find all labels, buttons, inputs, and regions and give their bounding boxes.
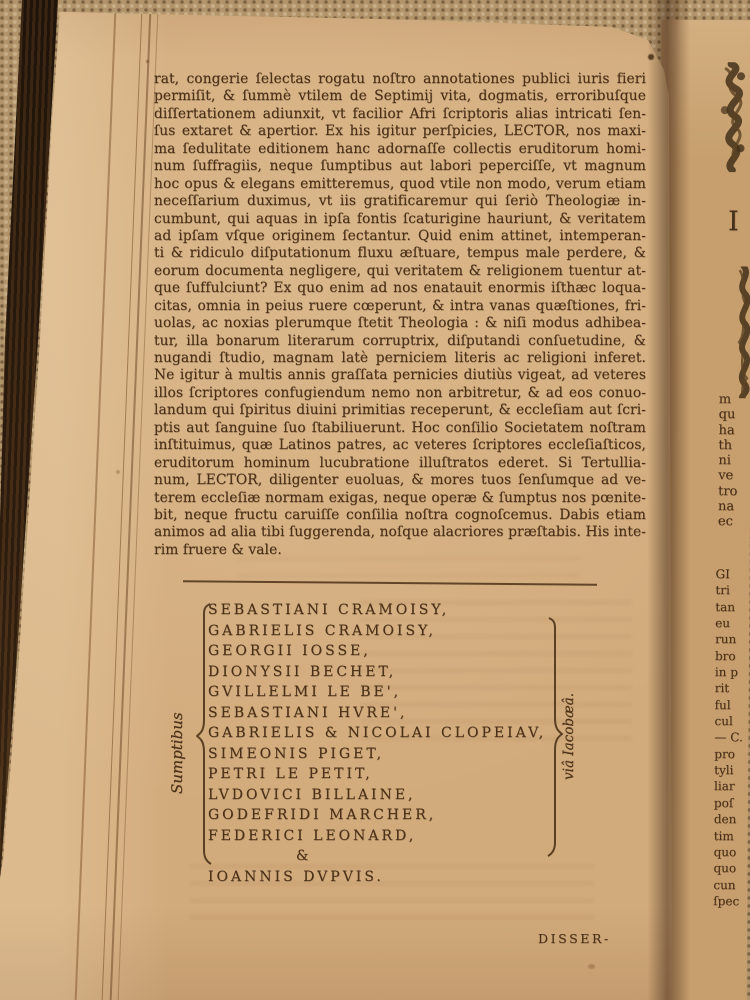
text-fragment: tyli xyxy=(714,762,743,779)
text-fragment: ni xyxy=(718,453,737,468)
text-fragment: ve xyxy=(718,469,737,484)
text-fragment: GI xyxy=(715,566,744,583)
text-line: num, LECTOR, diligenter euoluas, & mores… xyxy=(154,472,646,489)
text-fragment: bro xyxy=(715,648,744,665)
text-line: que ſuffulciunt? Ex quo enim ad nos enat… xyxy=(154,280,646,297)
next-page-heading-initial: I xyxy=(728,206,739,237)
text-fragment: cun xyxy=(713,877,742,894)
text-fragment: quo xyxy=(714,844,743,861)
via-iacobaea-rotated-label: viâ Iacobæâ. xyxy=(561,668,581,780)
catchword: DISSER- xyxy=(538,931,611,946)
text-line: bit, neque fructu caruiſſe conſilia noſt… xyxy=(154,507,646,524)
page-crease xyxy=(109,0,152,1000)
sumptibus-rotated-label: Sumptibus xyxy=(168,684,190,794)
text-line: ti & ridiculo diſputationum fluxu æſtuar… xyxy=(154,245,646,262)
text-fragment: — C. xyxy=(714,730,743,747)
text-line: ſus extaret & apertior. Ex his igitur pe… xyxy=(154,123,646,140)
text-fragment: qu xyxy=(719,407,738,422)
text-line: Ne igitur à multis annis graſſata pernic… xyxy=(154,367,646,384)
publisher-name: PETRI LE PETIT, xyxy=(208,766,568,787)
publisher-name: SEBASTIANI CRAMOISY, xyxy=(208,602,568,623)
text-line: citas, omnia in peius ruere cœperunt, & … xyxy=(154,298,646,315)
woodcut-headpiece-ornament-icon xyxy=(710,62,750,172)
publisher-name: LVDOVICI BILLAINE, xyxy=(208,787,568,808)
page-crease xyxy=(101,0,143,1000)
publisher-name: GABRIELIS CRAMOISY, xyxy=(208,623,568,644)
text-fragment: poſ xyxy=(714,795,743,812)
next-page-text-fragments-upper: mquhathnivetronaec xyxy=(718,392,738,530)
publisher-name: & xyxy=(208,848,568,869)
text-line: illos ſcriptores confugiendum nemo non a… xyxy=(154,385,646,402)
text-fragment: tri xyxy=(715,582,744,599)
publishers-list: SEBASTIANI CRAMOISY,GABRIELIS CRAMOISY,G… xyxy=(208,602,568,889)
preface-paragraph: rat, congerie ſelectas rogatu noſtro ann… xyxy=(154,71,646,559)
publisher-name: DIONYSII BECHET, xyxy=(208,664,568,685)
text-fragment: na xyxy=(718,499,737,514)
text-line: neceſſarium duximus, vt iis gratificarem… xyxy=(154,193,646,210)
publisher-name: FEDERICI LEONARD, xyxy=(208,828,568,849)
text-line: eorum documenta negligere, qui veritatem… xyxy=(154,263,646,280)
text-fragment: rit xyxy=(715,680,744,697)
publisher-name: GABRIELIS & NICOLAI CLOPEIAV, xyxy=(208,725,568,746)
text-fragment: ha xyxy=(719,423,738,438)
text-line: num ſuffragiis, neque ſumptibus aut labo… xyxy=(154,158,646,175)
text-line: uolas, ac noxias plerumque ſtetit Theolo… xyxy=(154,315,646,332)
text-fragment: ful xyxy=(715,697,744,714)
text-line: hoc opus & elegans emitteremus, quod vti… xyxy=(154,176,646,193)
next-page-text-fragments-lower: GItritaneurunbroin pritfulcul— C.protyli… xyxy=(713,566,744,909)
text-fragment: cul xyxy=(714,713,743,730)
text-fragment: tro xyxy=(718,484,737,499)
woodcut-border-ornament-icon xyxy=(735,266,750,398)
text-line: permiſit, & ſummè vtilem de Septimij vit… xyxy=(154,88,646,105)
text-line: rat, congerie ſelectas rogatu noſtro ann… xyxy=(154,71,646,88)
publisher-name: SIMEONIS PIGET, xyxy=(208,746,568,767)
text-line: terem eccleſiæ normam exigas, neque oper… xyxy=(154,490,646,507)
page-crease xyxy=(117,0,159,1000)
text-line: cumbunt, qui aquas in ipſa fontis ſcatur… xyxy=(154,211,646,228)
publisher-name: GODEFRIDI MARCHER, xyxy=(208,807,568,828)
text-fragment: ſpec xyxy=(713,893,742,910)
text-line: rim fruere & vale. xyxy=(154,542,646,559)
text-fragment: liar xyxy=(714,779,743,796)
text-fragment: m xyxy=(719,392,738,407)
text-fragment: den xyxy=(714,811,743,828)
page-crease xyxy=(74,0,117,1000)
text-line: nugandi ſtudio, magnam latè perniciem li… xyxy=(154,350,646,367)
text-fragment: eu xyxy=(715,615,744,632)
publisher-name: GEORGII IOSSE, xyxy=(208,643,568,664)
text-fragment: ec xyxy=(718,514,737,529)
text-fragment: run xyxy=(715,631,744,648)
text-fragment: th xyxy=(718,438,737,453)
text-line: eruditorum hominum lucubratione illuſtra… xyxy=(154,455,646,472)
text-fragment: pro xyxy=(714,746,743,763)
text-fragment: in p xyxy=(715,664,744,681)
text-line: inſtituimus, quæ Latinos patres, ac vete… xyxy=(154,437,646,454)
text-line: ad ipſam vſque originem ſectantur. Quid … xyxy=(154,228,646,245)
text-fragment: quo xyxy=(713,860,742,877)
publisher-name: IOANNIS DVPVIS. xyxy=(208,869,568,890)
text-line: ma ſedulitate editionem hanc adornaſſe c… xyxy=(154,141,646,158)
text-fragment: tim xyxy=(714,828,743,845)
text-line: diſſertationem adiunxit, vt facilior Afr… xyxy=(154,106,646,123)
publisher-name: GVILLELMI LE BE', xyxy=(208,684,568,705)
publisher-name: SEBASTIANI HVRE', xyxy=(208,705,568,726)
text-line: landum qui ſpiritus diuini primitias rec… xyxy=(154,402,646,419)
text-line: ptis aut ſanguine ſuo ſtabiliuerunt. Hoc… xyxy=(154,420,646,437)
text-line: tur, illa bonarum literarum corruptrix, … xyxy=(154,333,646,350)
text-line: animos ad alia tibi ſuggerenda, noſque a… xyxy=(154,524,646,541)
text-fragment: tan xyxy=(715,599,744,616)
